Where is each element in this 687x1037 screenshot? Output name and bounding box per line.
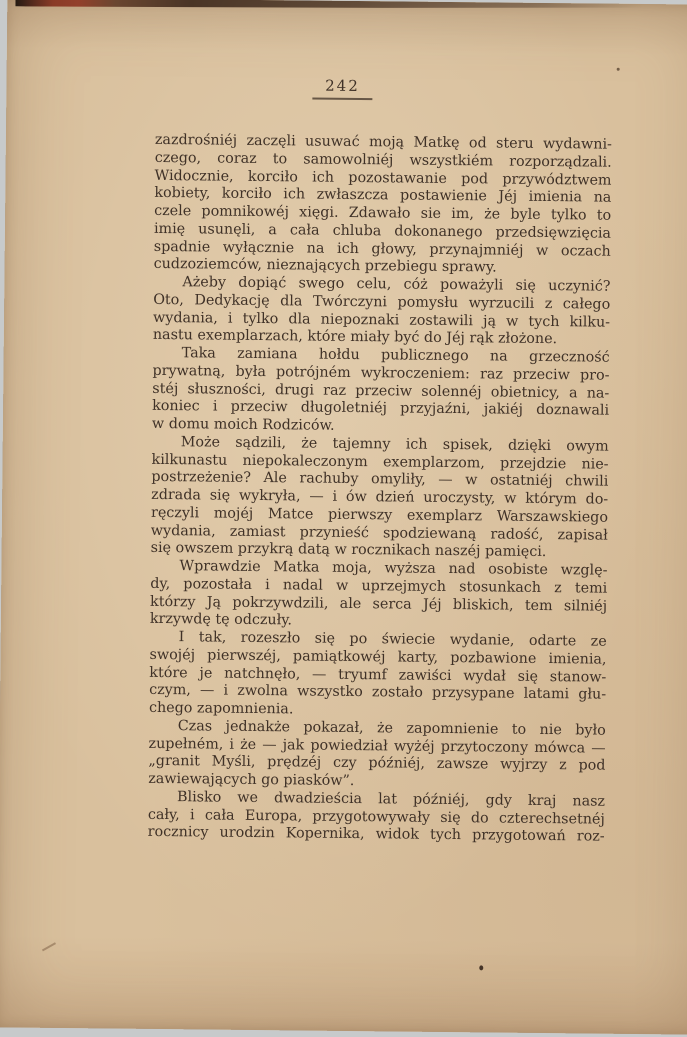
page-number: 242 — [312, 77, 372, 101]
ink-speck — [617, 68, 620, 71]
paper-scratch — [42, 942, 56, 951]
ink-speck — [479, 965, 483, 970]
top-edge-stain — [15, 0, 643, 13]
text-line: rocznicy urodzin Kopernika, widok tych p… — [148, 824, 605, 847]
scan-background: { "colors": { "scan_background": "#c7cac… — [0, 0, 687, 1037]
book-page: 242 zazdrośniéj zaczęli usuwać moją Matk… — [0, 0, 687, 1035]
page-text: zazdrośniéj zaczęli usuwać moją Matkę od… — [148, 132, 612, 847]
